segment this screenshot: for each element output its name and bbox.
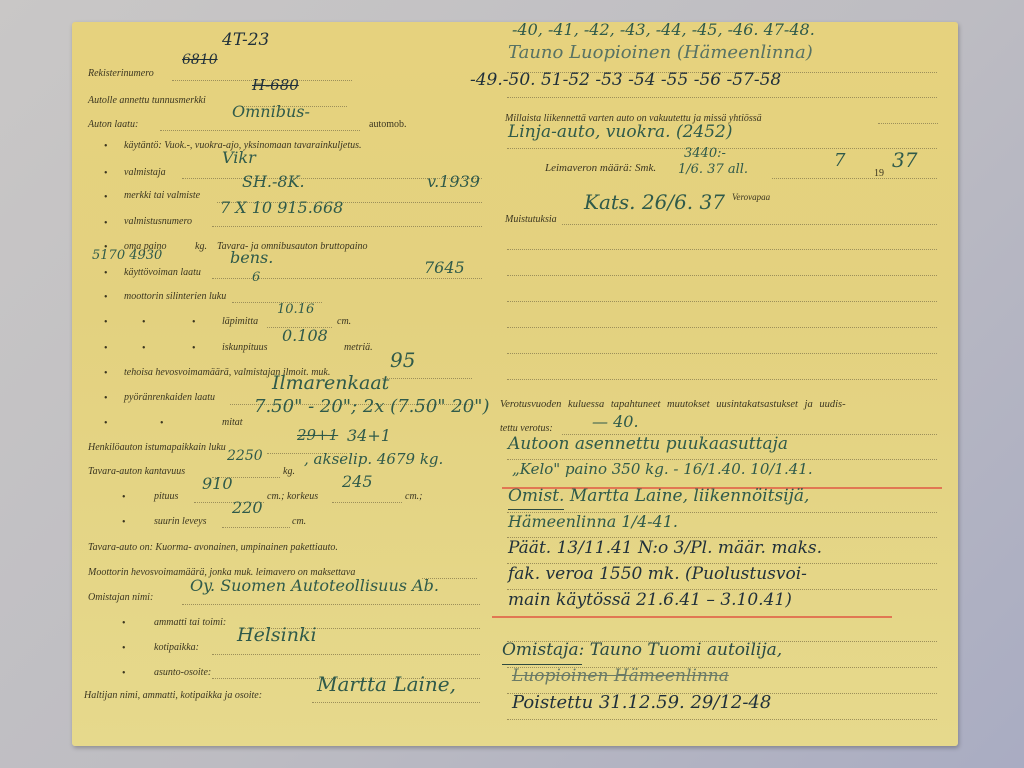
load-capacity-unit: kg. — [283, 466, 295, 477]
register-number-value: 4T-23 — [222, 30, 269, 50]
change-entry-2: „Kelo" paino 350 kg. - 16/1.40. 10/1.41. — [512, 460, 813, 478]
gross-weight-value: 7645 — [424, 258, 465, 277]
axle-load-value: , akselip. 4679 kg. — [304, 450, 443, 468]
label-fuel-type: käyttövoiman laatu — [124, 267, 201, 278]
label-identifier: Autolle annettu tunnusmerkki — [88, 95, 206, 106]
label-tyre-type: pyöränrenkaiden laatu — [124, 392, 215, 403]
own-weight-unit: kg. — [195, 241, 207, 252]
model-year-value: v.1939 — [427, 172, 480, 191]
stamp-year-value: 37 — [892, 148, 917, 172]
stamp-duty-value: 3440:- — [684, 146, 726, 161]
width-value: 220 — [232, 498, 263, 517]
seats-old: 29+1 — [297, 426, 338, 444]
bore-unit: cm. — [337, 316, 351, 327]
cylinders-value: 6 — [252, 270, 260, 285]
label-stamp-duty: Leimaveron määrä: Smk. — [545, 162, 656, 174]
label-stroke: iskunpituus — [222, 342, 268, 353]
change-entry-10: Poistettu 31.12.59. 29/12-48 — [512, 692, 771, 713]
insurance-value: Linja-auto, vuokra. (2452) — [508, 122, 732, 142]
label-bore: läpimitta — [222, 316, 258, 327]
holder-value: Martta Laine, — [317, 672, 456, 696]
change-entry-3: Omist. Martta Laine, liikennöitsijä, — [508, 486, 809, 506]
label-make: merkki tai valmiste — [124, 190, 200, 201]
label-serial-number: valmistusnumero — [124, 216, 192, 227]
label-width: suurin leveys — [154, 516, 207, 527]
bore-value: 10.16 — [277, 302, 314, 317]
seats-value: 34+1 — [347, 426, 391, 445]
previous-owner: Tauno Luopioinen (Hämeenlinna) — [508, 42, 813, 63]
label-truck-type: Tavara-auto on: Kuorma- avonainen, umpin… — [88, 542, 338, 553]
label-occupation: ammatti tai toimi: — [154, 617, 226, 628]
label-register-number: Rekisterinumero — [88, 68, 154, 79]
identifier-old: H-680 — [252, 76, 299, 94]
vehicle-type-value: Omnibus- — [232, 102, 310, 121]
horsepower-value: 95 — [390, 348, 415, 372]
fuel-type-value: bens. — [230, 248, 273, 267]
label-vehicle-type: Auton laatu: — [88, 119, 138, 130]
label-load-capacity: Tavara-auton kantavuus — [88, 466, 185, 477]
stamp-duty-note: 1/6. 37 all. — [678, 162, 748, 177]
label-manufacturer: valmistaja — [124, 167, 166, 178]
label-domicile: kotipaikka: — [154, 642, 199, 653]
change-entry-9: Luopioinen Hämeenlinna — [512, 666, 729, 686]
label-length: pituus — [154, 491, 178, 502]
change-entry-1: Autoon asennettu puukaasuttaja — [508, 434, 788, 454]
domicile-value: Helsinki — [237, 624, 317, 646]
height-unit: cm.; — [405, 491, 423, 502]
stroke-unit: metriä. — [344, 342, 373, 353]
vehicle-registry-card: 4T-23 Rekisterinumero 6810 Autolle annet… — [72, 22, 958, 746]
change-entry-5: Päät. 13/11.41 N:o 3/Pl. määr. maks. — [508, 538, 822, 558]
label-holder: Haltijan nimi, ammatti, kotipaikka ja os… — [84, 690, 262, 701]
stamp-duty-day: 7 — [834, 150, 845, 171]
change-entry-4: Hämeenlinna 1/4-41. — [508, 512, 678, 531]
change-entry-8: Omistaja: Tauno Tuomi autoilija, — [502, 640, 782, 660]
height-value: 245 — [342, 472, 373, 491]
width-unit: cm. — [292, 516, 306, 527]
label-tyre-size: mitat — [222, 417, 243, 428]
tyre-type-value: Ilmarenkaat — [272, 372, 389, 394]
notes-value: Kats. 26/6. 37 — [584, 190, 725, 214]
serial-number-value: 7 X 10 915.668 — [220, 198, 343, 217]
manufacturer-value: Vikr — [222, 148, 256, 167]
changes-value: — 40. — [592, 412, 639, 431]
change-entry-6: fak. veroa 1550 mk. (Puolustusvoi- — [508, 564, 807, 584]
length-unit-height-label: cm.; korkeus — [267, 491, 318, 502]
make-value: SH.-8K. — [242, 172, 305, 191]
tax-years-line-2: -49.-50. 51-52 -53 -54 -55 -56 -57-58 — [470, 70, 781, 90]
register-number-old: 6810 — [182, 52, 218, 68]
stroke-value: 0.108 — [282, 326, 328, 345]
load-capacity-value: 2250 — [227, 448, 263, 464]
label-cylinders: moottorin silinterien luku — [124, 291, 226, 302]
change-entry-7: main käytössä 21.6.41 – 3.10.41) — [508, 590, 792, 610]
owner-name-value: Oy. Suomen Autoteollisuus Ab. — [190, 576, 439, 595]
label-notes: Muistutuksia — [505, 214, 557, 225]
length-value: 910 — [202, 474, 233, 493]
label-owner-name: Omistajan nimi: — [88, 592, 153, 603]
label-address: asunto-osoite: — [154, 667, 211, 678]
label-seats: Henkilöauton istumapaikkain luku — [88, 442, 226, 453]
tyre-size-value: 7.50" - 20"; 2x (7.50" 20") — [254, 396, 490, 417]
vehicle-type-suffix: automob. — [369, 119, 407, 130]
label-changes-2: tettu verotus: — [500, 423, 553, 434]
label-changes: Verotusvuoden kuluessa tapahtuneet muuto… — [500, 399, 846, 410]
label-own-weight: oma paino — [124, 241, 167, 252]
label-tax-free: Verovapaa — [732, 192, 770, 202]
tax-years-line-1: -40, -41, -42, -43, -44, -45, -46. 47-48… — [512, 20, 815, 39]
